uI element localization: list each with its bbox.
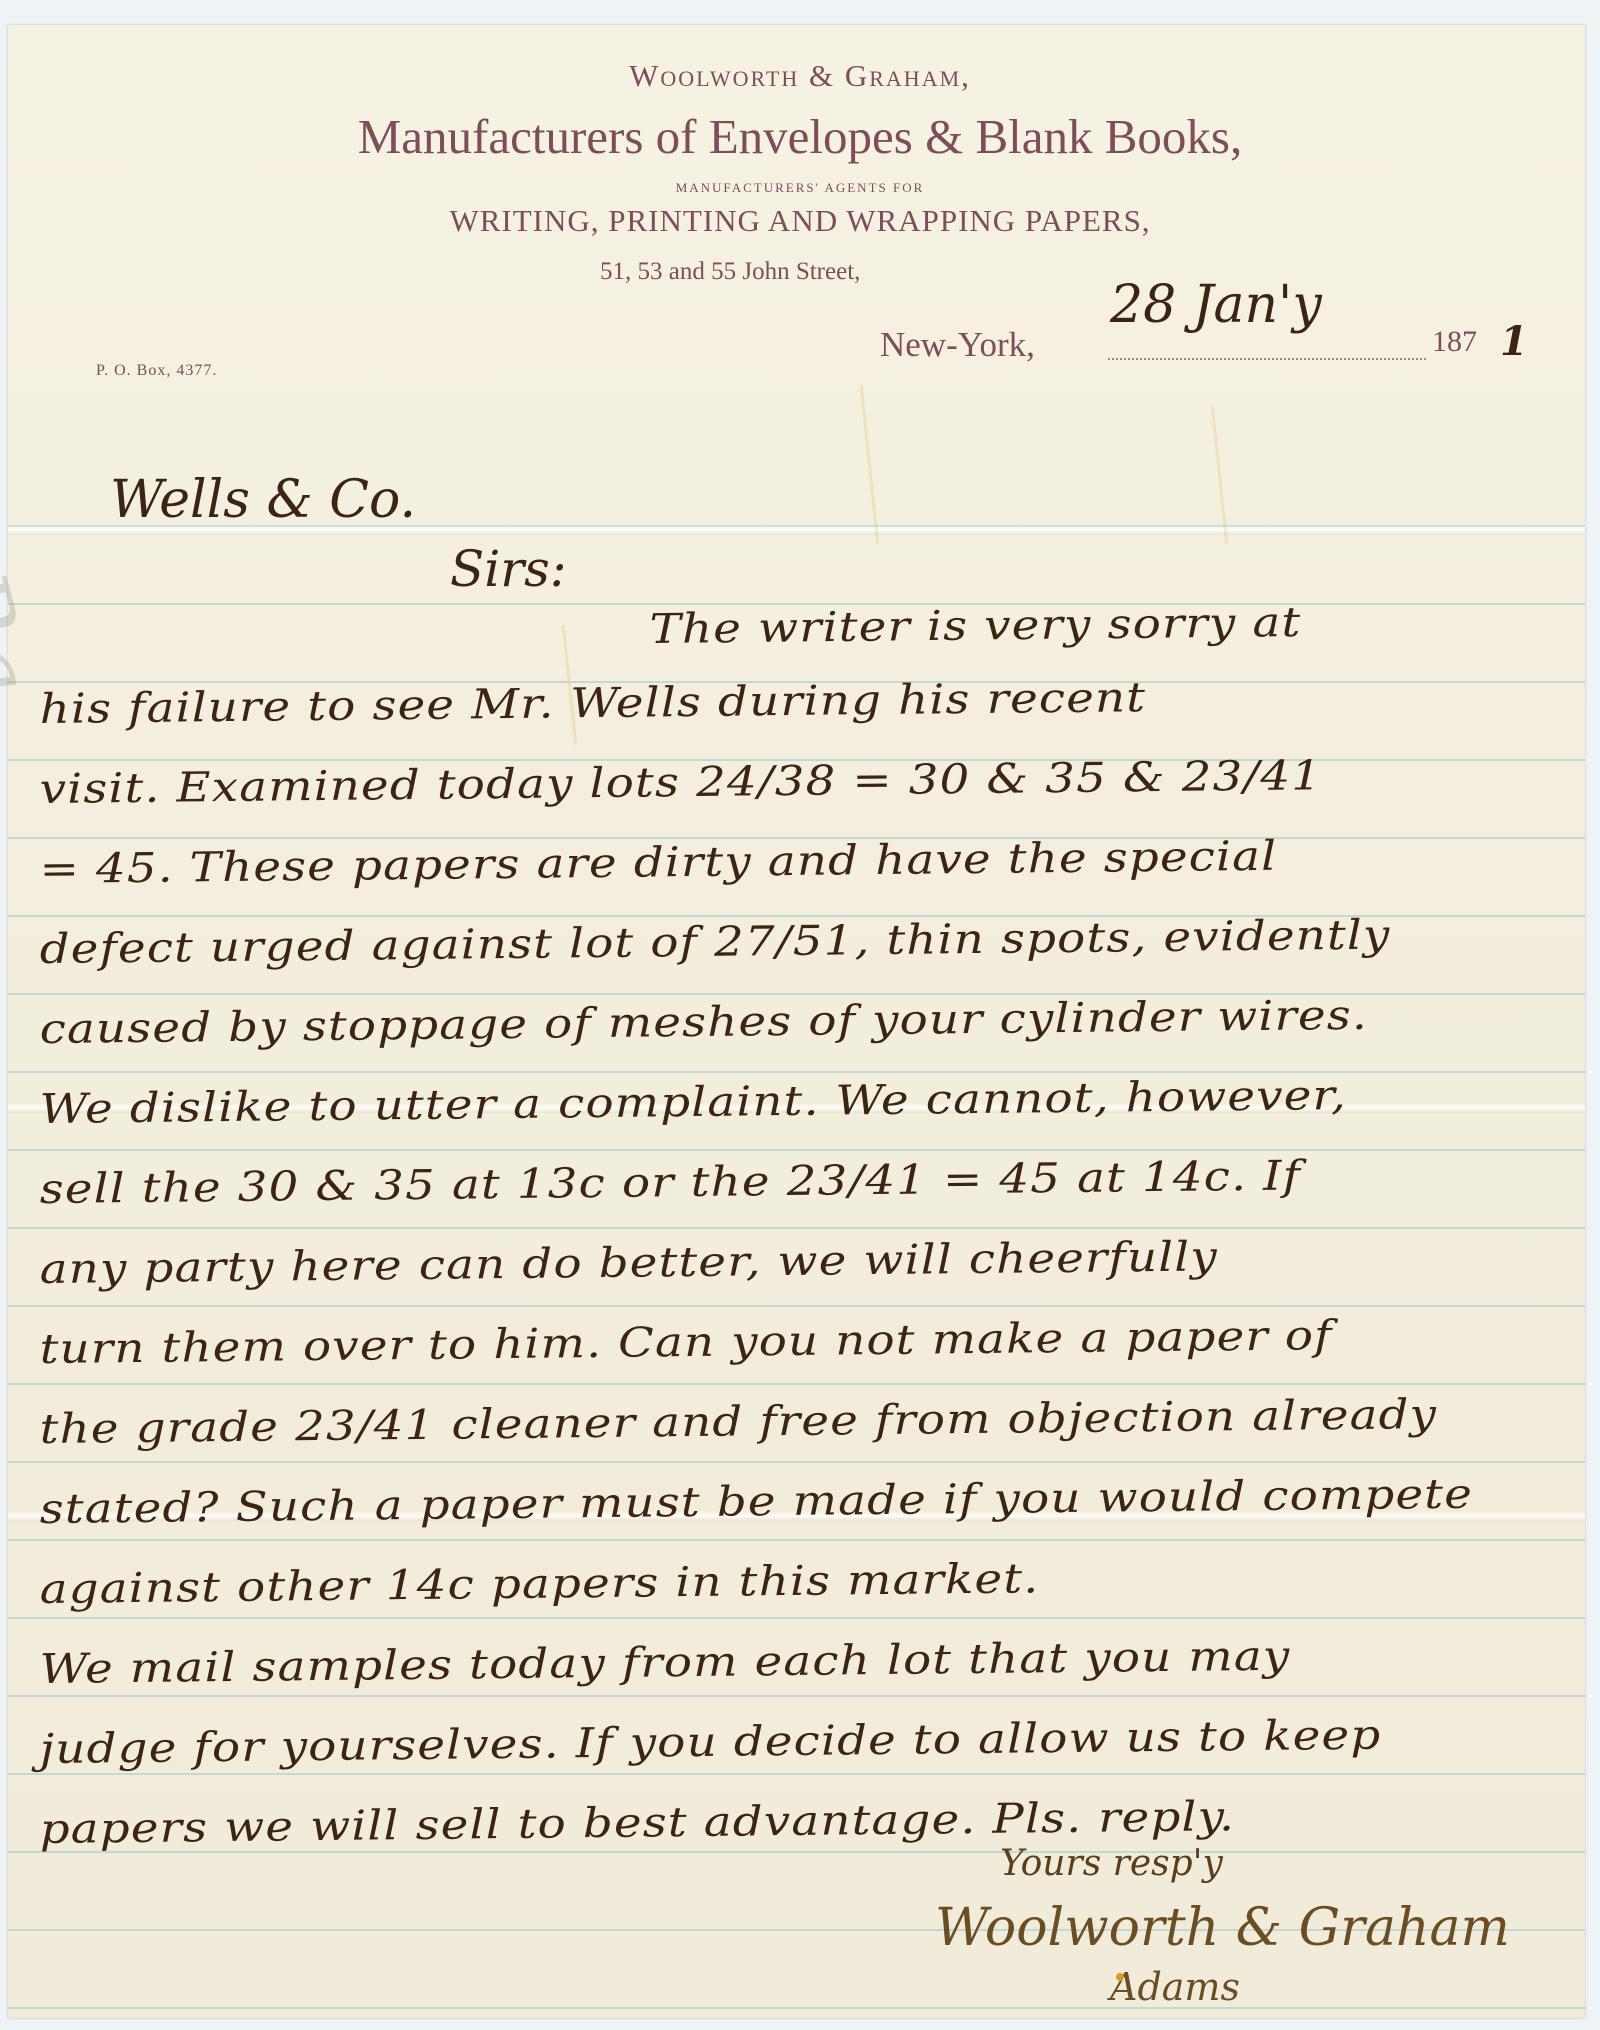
letterhead-year-prefix: 187 (1432, 325, 1477, 359)
letterhead-po-box: P. O. Box, 4377. (96, 362, 217, 380)
ink-dot (1116, 1973, 1124, 1981)
letterhead-street-address: 51, 53 and 55 John Street, (600, 258, 860, 286)
letterhead-firm-name: Woolworth & Graham, (0, 58, 1600, 94)
ruled-line (8, 1695, 1585, 1697)
letterhead-papers-line: WRITING, PRINTING AND WRAPPING PAPERS, (0, 203, 1600, 239)
ruled-line (8, 1149, 1585, 1151)
recipient: Wells & Co. (110, 470, 416, 530)
ruled-line (8, 1617, 1585, 1619)
letterhead-business: Manufacturers of Envelopes & Blank Books… (0, 108, 1600, 165)
salutation: Sirs: (450, 540, 567, 598)
ink-bleed-stain (860, 385, 880, 544)
ruled-line (8, 2007, 1585, 2009)
ruled-line (8, 1851, 1585, 1853)
ruled-line (8, 1383, 1585, 1385)
ruled-line (8, 1305, 1585, 1307)
signer-name: Adams (1110, 1965, 1240, 2009)
handwritten-year-digit: 1 (1500, 318, 1528, 365)
letterhead-agents-line: MANUFACTURERS' AGENTS FOR (0, 180, 1600, 196)
body-line: The writer is very sorry at (649, 598, 1301, 653)
ink-bleed-stain (1211, 405, 1229, 545)
ruled-line (8, 1773, 1585, 1775)
letterhead-city: New-York, (880, 325, 1035, 365)
signature: Woolworth & Graham (935, 1898, 1510, 1958)
ruled-line (8, 1461, 1585, 1463)
date-dotted-line (1108, 358, 1426, 360)
ruled-line (8, 1071, 1585, 1073)
ruled-line (8, 1227, 1585, 1229)
ruled-line (8, 1539, 1585, 1541)
handwritten-date: 28 Jan'y (1110, 275, 1322, 335)
closing: Yours resp'y (1000, 1843, 1223, 1884)
